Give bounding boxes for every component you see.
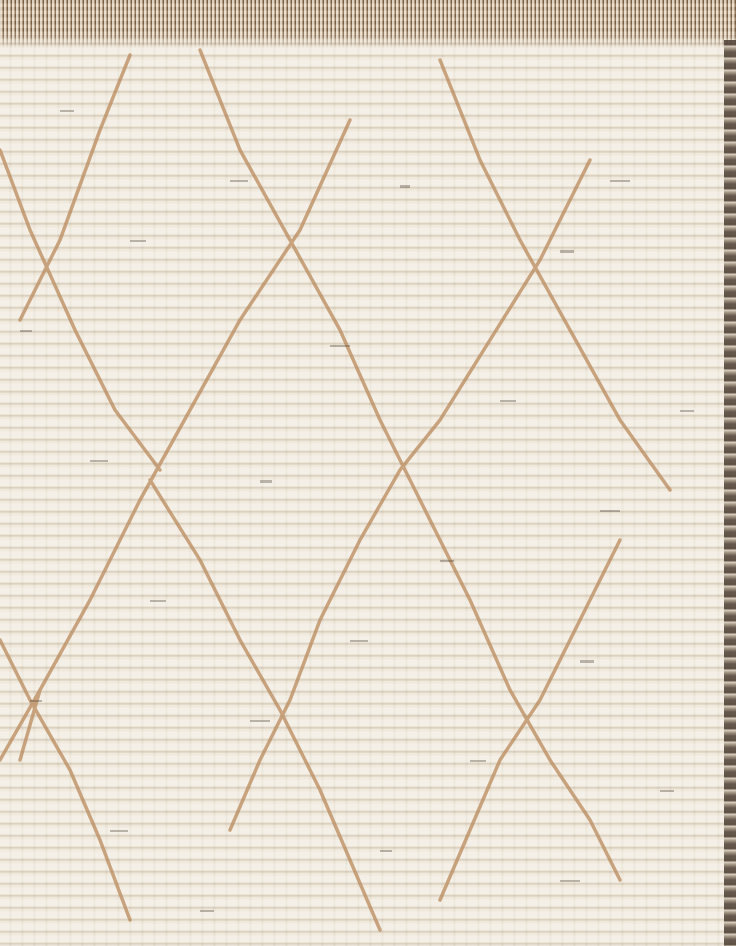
- fiber-speckle: [0, 0, 736, 946]
- rug-texture: [0, 0, 736, 946]
- dark-selvedge-edge: [724, 40, 736, 946]
